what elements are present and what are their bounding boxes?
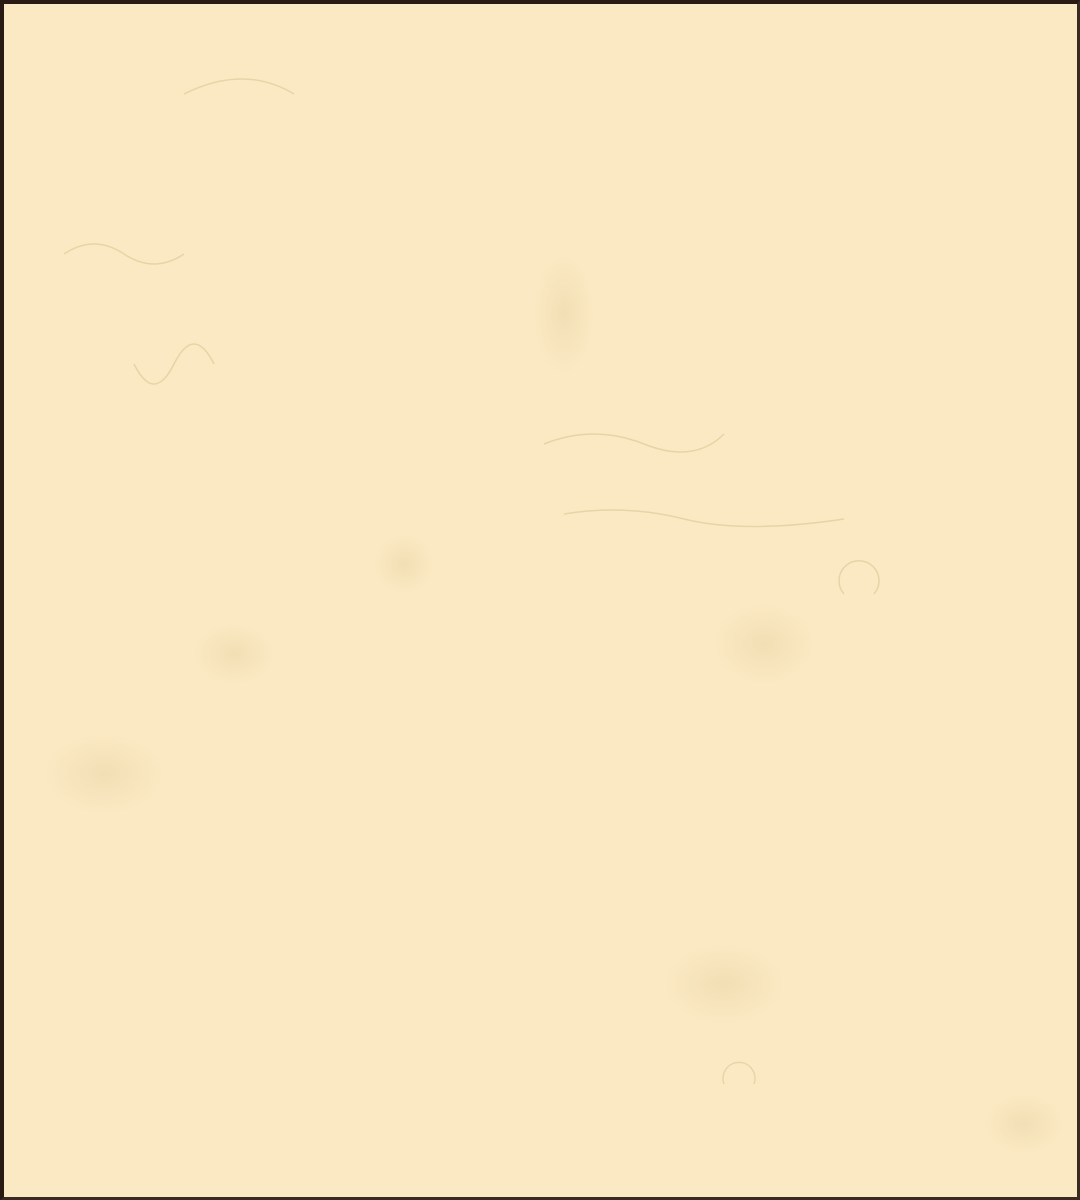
parchment-panel (0, 0, 1080, 1200)
manuscript-texture (4, 4, 1080, 1200)
